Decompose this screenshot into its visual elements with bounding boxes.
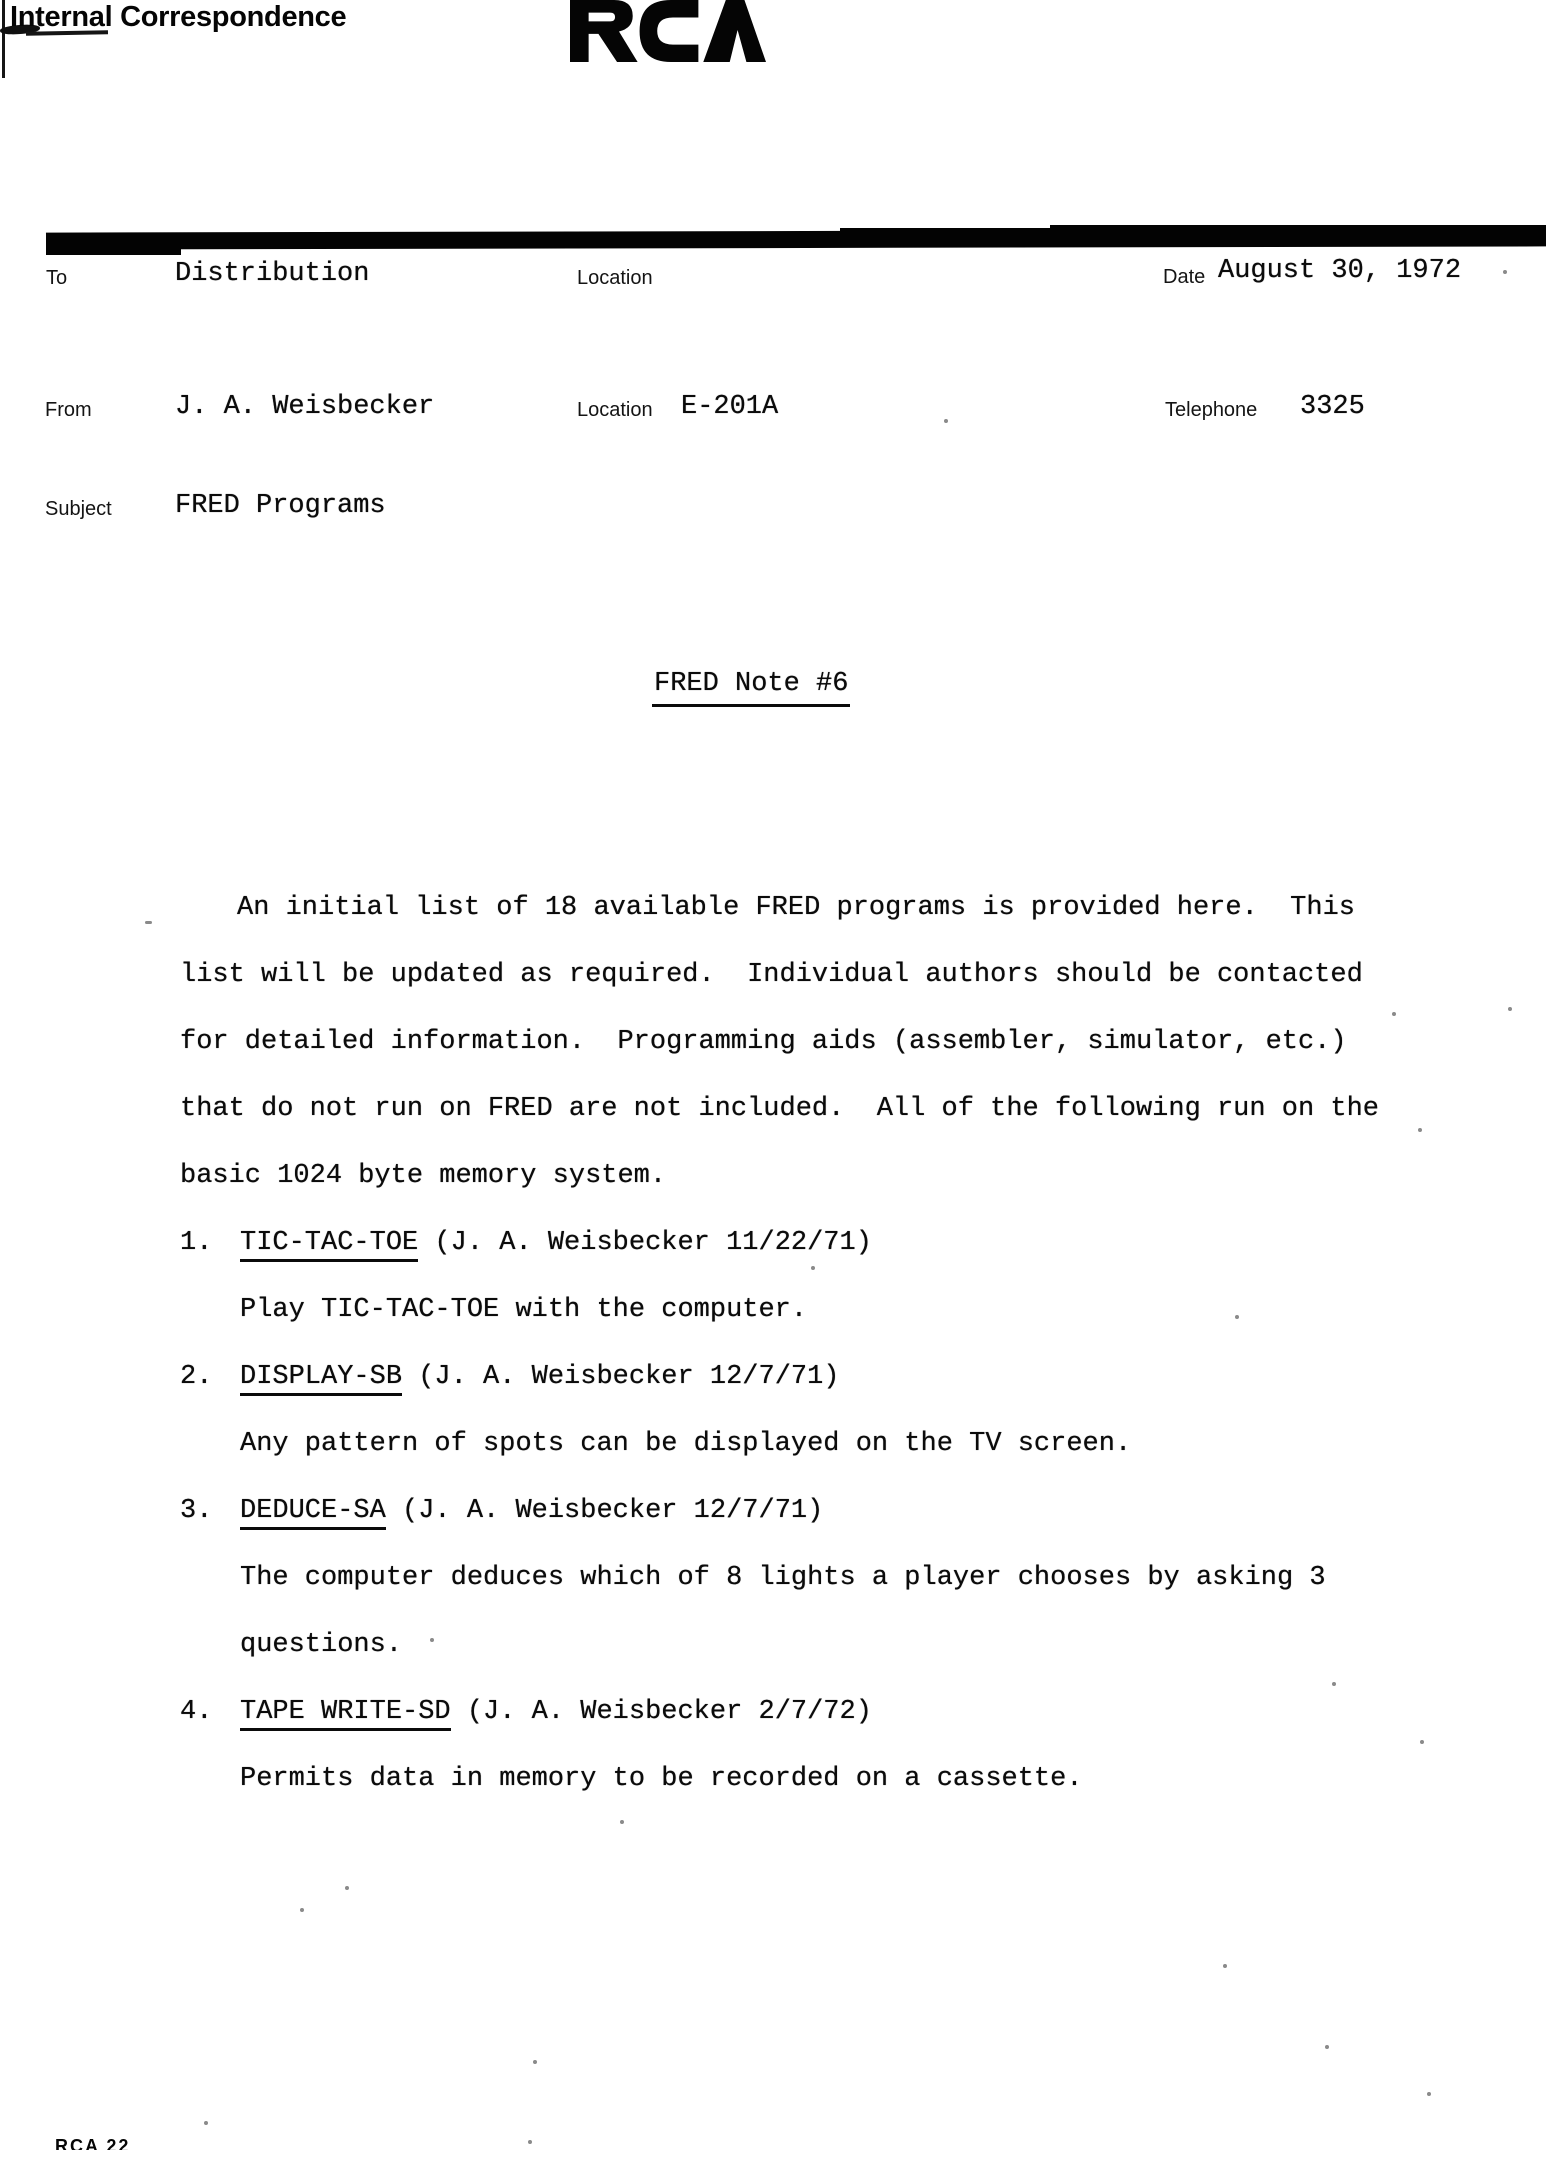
- memo-page: Internal Correspondence To Distribution …: [0, 0, 1568, 2160]
- scan-speck: [204, 2121, 208, 2125]
- divider-bar-fragment: [840, 228, 1055, 234]
- scan-speck: [1508, 1007, 1512, 1011]
- from-location-label: Location: [577, 399, 653, 422]
- scan-speck: [1427, 2092, 1431, 2096]
- paragraph-line: for detailed information. Programming ai…: [180, 1009, 1550, 1076]
- program-title-line: 3.DEDUCE-SA (J. A. Weisbecker 12/7/71): [180, 1478, 1550, 1545]
- scan-speck: [1420, 1740, 1424, 1744]
- program-name: TAPE WRITE-SD: [240, 1697, 451, 1731]
- program-title-line: 4.TAPE WRITE-SD (J. A. Weisbecker 2/7/72…: [180, 1679, 1550, 1746]
- scan-speck: [300, 1908, 304, 1912]
- from-value: J. A. Weisbecker: [175, 392, 434, 422]
- to-label: To: [46, 267, 67, 290]
- scan-speck: [811, 1266, 815, 1270]
- form-number: RCA 22: [55, 2136, 130, 2150]
- scan-speck: [1418, 1128, 1422, 1132]
- doc-type-title: Internal Correspondence: [10, 1, 346, 34]
- from-location-value: E-201A: [681, 392, 778, 422]
- paragraph-line: An initial list of 18 available FRED pro…: [180, 875, 1550, 942]
- program-description-line: The computer deduces which of 8 lights a…: [180, 1545, 1550, 1612]
- program-credit: (J. A. Weisbecker 11/22/71): [418, 1228, 872, 1258]
- program-description-line: Any pattern of spots can be displayed on…: [180, 1411, 1550, 1478]
- memo-body: An initial list of 18 available FRED pro…: [180, 875, 1550, 1813]
- date-label: Date: [1163, 266, 1205, 289]
- program-credit: (J. A. Weisbecker 12/7/71): [402, 1362, 839, 1392]
- program-description-line: questions.: [180, 1612, 1550, 1679]
- scan-speck: [1325, 2045, 1329, 2049]
- scan-speck: [1332, 1682, 1336, 1686]
- program-title-line: 2.DISPLAY-SB (J. A. Weisbecker 12/7/71): [180, 1344, 1550, 1411]
- telephone-value: 3325: [1300, 392, 1365, 422]
- from-label: From: [45, 399, 92, 422]
- to-location-label: Location: [577, 267, 653, 290]
- rca-logo-icon: [570, 0, 766, 62]
- date-value: August 30, 1972: [1218, 256, 1461, 286]
- program-description-line: Play TIC-TAC-TOE with the computer.: [180, 1277, 1550, 1344]
- to-value: Distribution: [175, 259, 369, 289]
- subject-value: FRED Programs: [175, 491, 386, 521]
- scan-speck: [145, 921, 152, 924]
- program-number: 1.: [180, 1210, 240, 1277]
- telephone-label: Telephone: [1165, 399, 1257, 422]
- scan-edge-line: [2, 0, 5, 78]
- program-credit: (J. A. Weisbecker 12/7/71): [386, 1496, 823, 1526]
- subject-label: Subject: [45, 498, 112, 521]
- program-title-line: 1.TIC-TAC-TOE (J. A. Weisbecker 11/22/71…: [180, 1210, 1550, 1277]
- scan-speck: [1503, 270, 1507, 274]
- divider-bar-fragment: [1050, 225, 1546, 233]
- program-name: DISPLAY-SB: [240, 1362, 402, 1396]
- program-description-line: Permits data in memory to be recorded on…: [180, 1746, 1550, 1813]
- paragraph-line: that do not run on FRED are not included…: [180, 1076, 1550, 1143]
- scan-speck: [1392, 1012, 1396, 1016]
- program-credit: (J. A. Weisbecker 2/7/72): [451, 1697, 872, 1727]
- scan-speck: [533, 2060, 537, 2064]
- program-number: 3.: [180, 1478, 240, 1545]
- scan-speck: [620, 1820, 624, 1824]
- note-title: FRED Note #6: [652, 669, 850, 707]
- program-number: 4.: [180, 1679, 240, 1746]
- scan-speck: [345, 1886, 349, 1890]
- scan-speck: [430, 1638, 434, 1642]
- scan-speck: [944, 419, 948, 423]
- program-number: 2.: [180, 1344, 240, 1411]
- paragraph-line: basic 1024 byte memory system.: [180, 1143, 1550, 1210]
- program-name: TIC-TAC-TOE: [240, 1228, 418, 1262]
- paragraph-line: list will be updated as required. Indivi…: [180, 942, 1550, 1009]
- scan-speck: [1235, 1315, 1239, 1319]
- divider-bar-fragment: [46, 247, 181, 255]
- scan-speck: [528, 2140, 532, 2144]
- scan-speck: [1223, 1964, 1227, 1968]
- program-name: DEDUCE-SA: [240, 1496, 386, 1530]
